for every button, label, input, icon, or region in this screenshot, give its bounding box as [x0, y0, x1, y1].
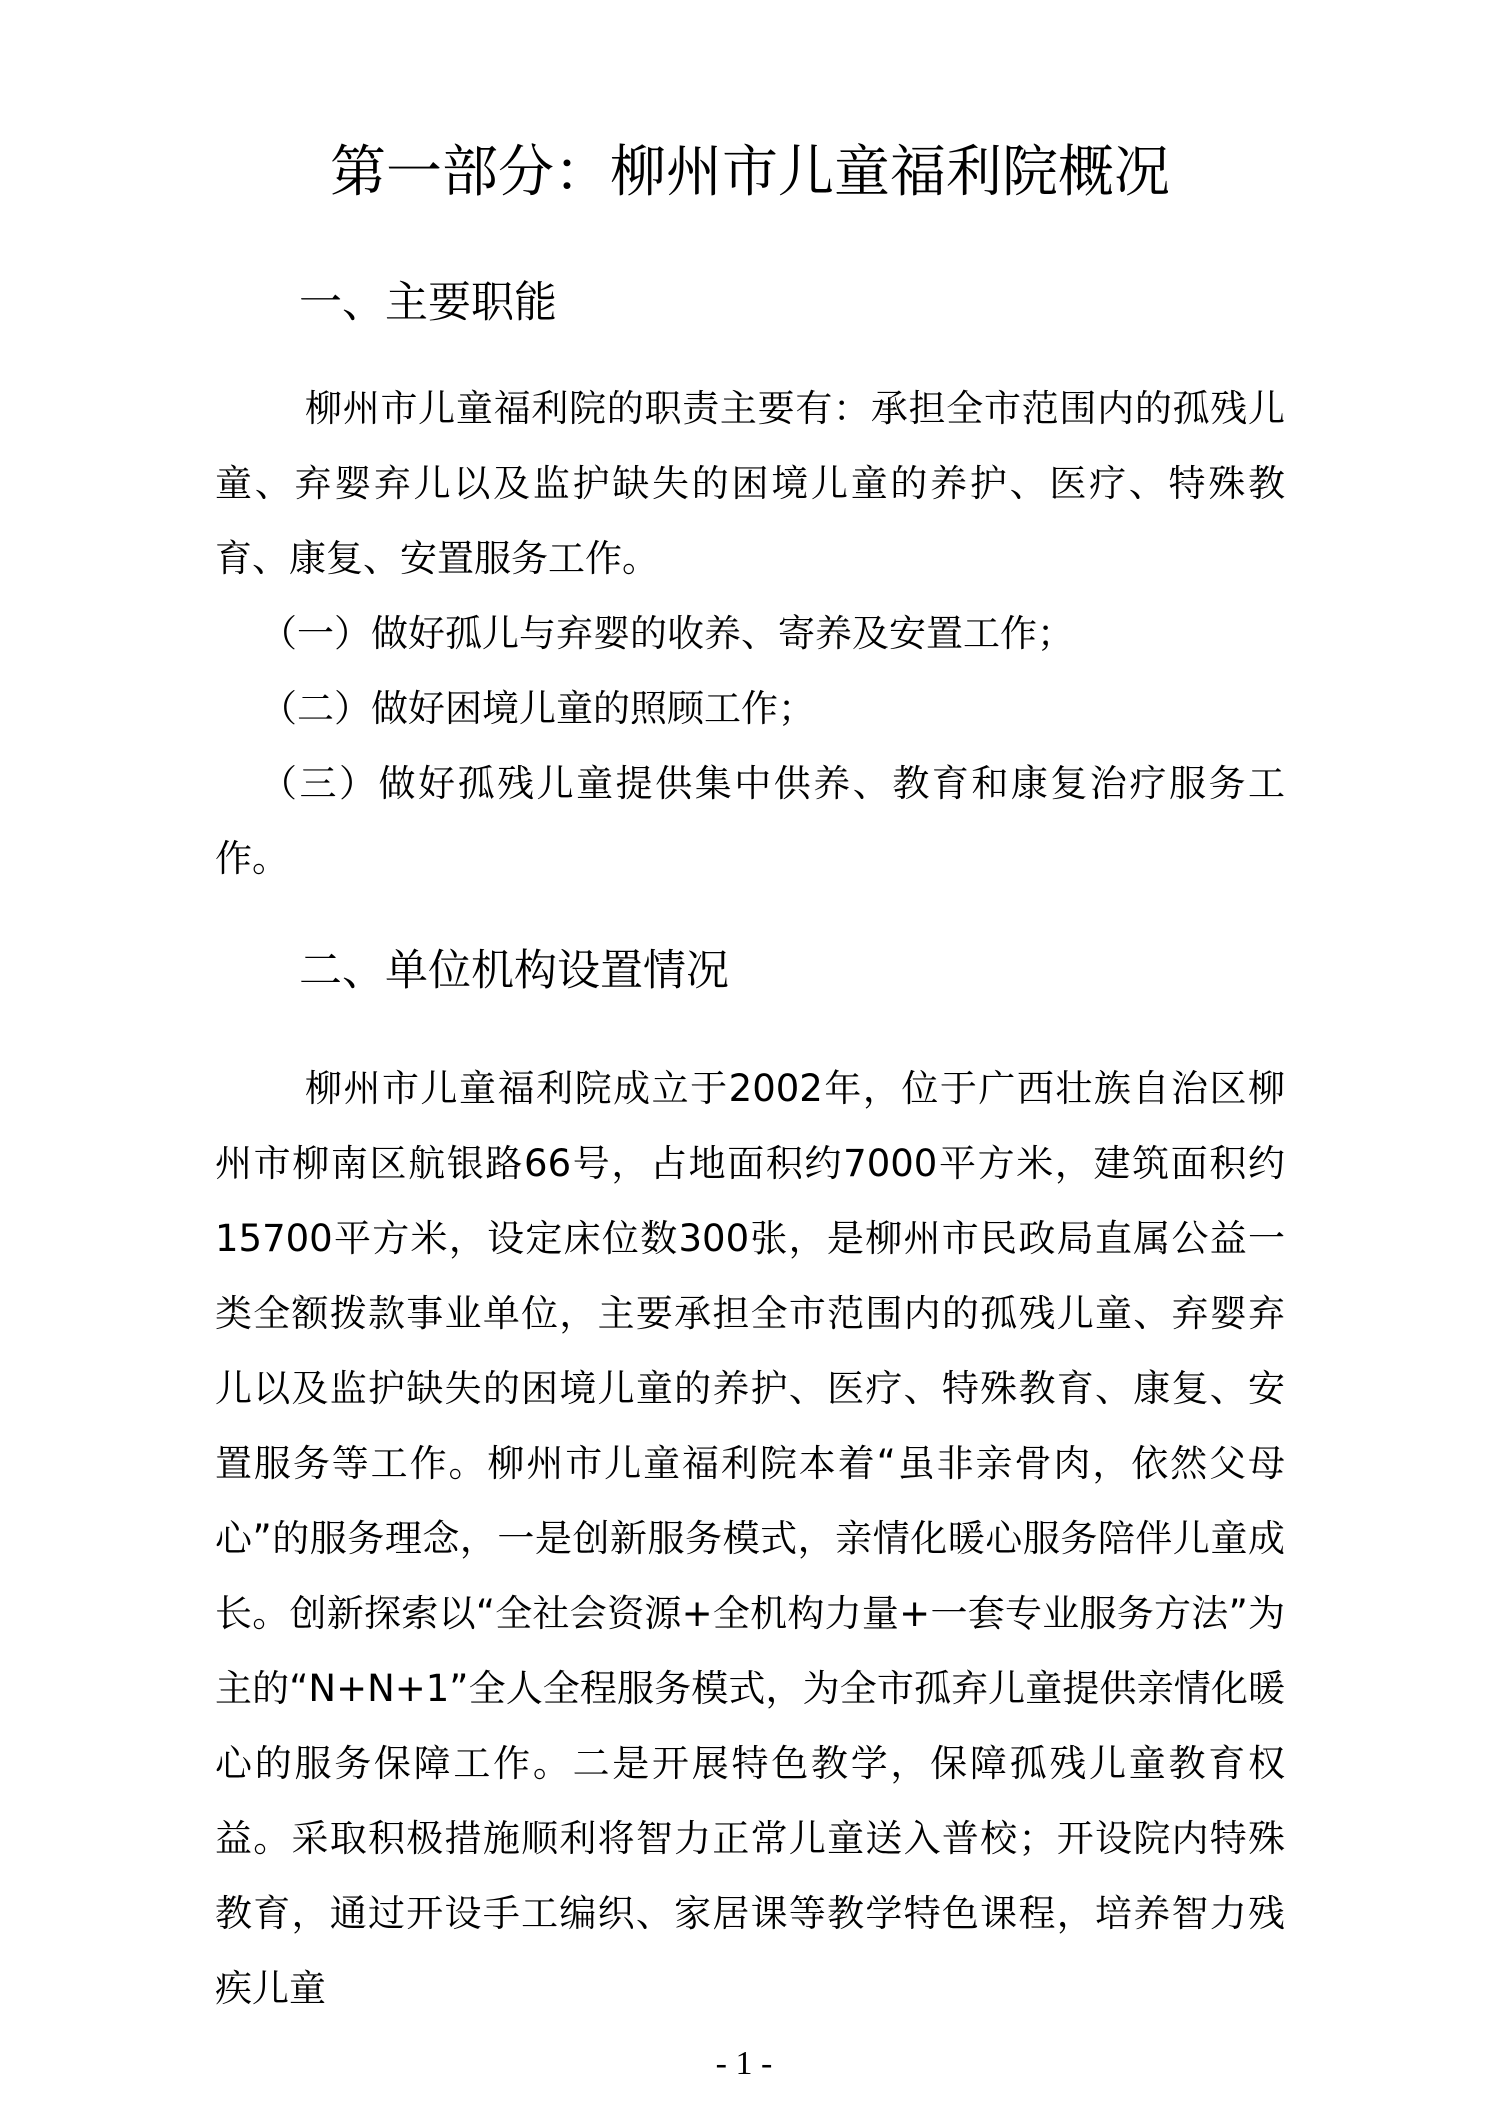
- section-1-list-item-2: （二）做好困境儿童的照顾工作；: [215, 671, 1285, 746]
- section-2-heading: 二、单位机构设置情况: [215, 948, 1285, 994]
- document-page: 第一部分：柳州市儿童福利院概况 一、主要职能 柳州市儿童福利院的职责主要有：承担…: [0, 0, 1488, 2104]
- section-1-paragraph: 柳州市儿童福利院的职责主要有：承担全市范围内的孤残儿童、弃婴弃儿以及监护缺失的困…: [215, 371, 1285, 596]
- section-1-list-item-3: （三）做好孤残儿童提供集中供养、教育和康复治疗服务工作。: [215, 746, 1285, 896]
- section-1-list-item-1: （一）做好孤儿与弃婴的收养、寄养及安置工作；: [215, 596, 1285, 671]
- document-title: 第一部分：柳州市儿童福利院概况: [215, 0, 1285, 206]
- section-1-heading: 一、主要职能: [215, 280, 1285, 326]
- section-org-structure: 二、单位机构设置情况 柳州市儿童福利院成立于2002年，位于广西壮族自治区柳州市…: [215, 948, 1285, 2026]
- section-main-duties: 一、主要职能 柳州市儿童福利院的职责主要有：承担全市范围内的孤残儿童、弃婴弃儿以…: [215, 280, 1285, 896]
- page-number: - 1 -: [0, 2044, 1488, 2084]
- section-2-paragraph: 柳州市儿童福利院成立于2002年，位于广西壮族自治区柳州市柳南区航银路66号，占…: [215, 1051, 1285, 2026]
